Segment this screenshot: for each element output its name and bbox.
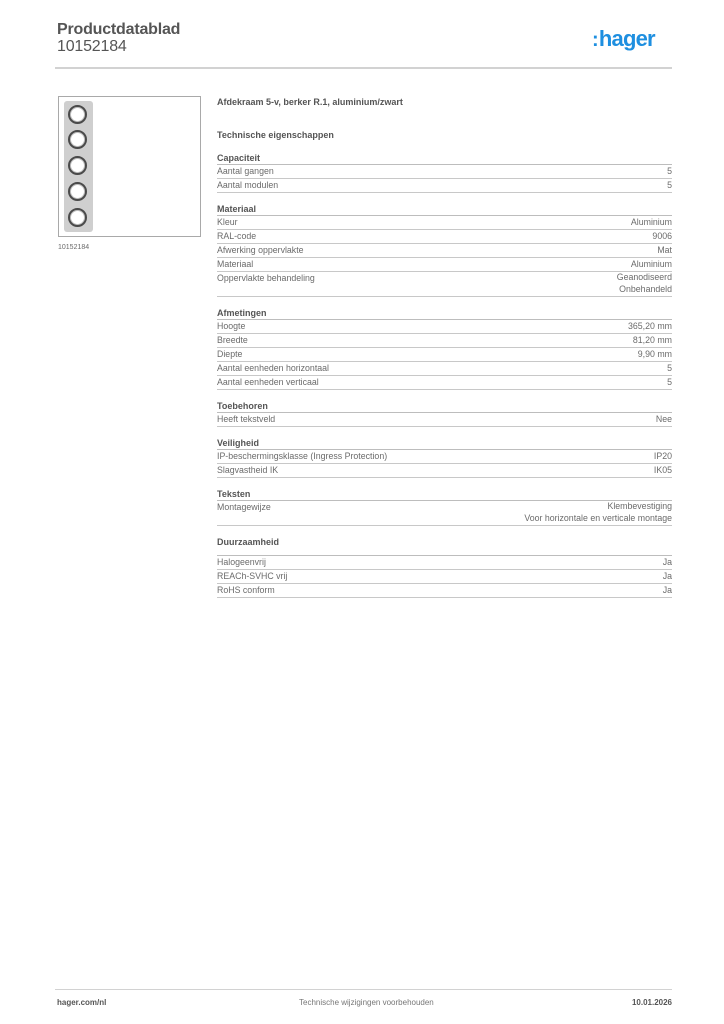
product-title: Afdekraam 5-v, berker R.1, aluminium/zwa… — [217, 95, 672, 109]
document-title: Productdatablad — [57, 21, 180, 39]
spec-row: Aantal eenheden horizontaal5 — [217, 362, 672, 376]
footer-website: hager.com/nl — [57, 998, 106, 1007]
spec-value: 5 — [667, 362, 672, 375]
section-title: Toebehoren — [217, 400, 672, 413]
spec-section: DuurzaamheidHalogeenvrijJaREACh-SVHC vri… — [217, 536, 672, 598]
spec-value-line: Geanodiseerd — [617, 272, 672, 284]
spec-row: Breedte81,20 mm — [217, 334, 672, 348]
spec-value: Ja — [663, 570, 672, 583]
spec-label: Heeft tekstveld — [217, 413, 275, 426]
spec-label: REACh-SVHC vrij — [217, 570, 287, 583]
spec-label: Diepte — [217, 348, 242, 361]
spec-row: Aantal eenheden verticaal5 — [217, 376, 672, 390]
spec-row: IP-beschermingsklasse (Ingress Protectio… — [217, 450, 672, 464]
spec-value-line: Voor horizontale en verticale montage — [524, 513, 672, 525]
spec-value: IP20 — [654, 450, 672, 463]
spec-value: 5 — [667, 179, 672, 192]
section-title: Capaciteit — [217, 152, 672, 165]
spec-label: Halogeenvrij — [217, 556, 266, 569]
spec-section: MateriaalKleurAluminiumRAL-code9006Afwer… — [217, 203, 672, 297]
spec-label: Afwerking oppervlakte — [217, 244, 304, 257]
spec-label: Hoogte — [217, 320, 245, 333]
frame-opening-icon — [68, 208, 87, 227]
spec-row: MateriaalAluminium — [217, 258, 672, 272]
spec-row: Oppervlakte behandelingGeanodiseerdOnbeh… — [217, 272, 672, 297]
image-caption: 10152184 — [58, 244, 89, 251]
spec-label: Montagewijze — [217, 501, 271, 524]
spec-value: Ja — [663, 556, 672, 569]
spec-value: KlembevestigingVoor horizontale en verti… — [524, 501, 672, 524]
section-title: Teksten — [217, 488, 672, 501]
footer-date: 10.01.2026 — [632, 998, 672, 1007]
spec-value-line: IP20 — [654, 450, 672, 463]
frame-opening-icon — [68, 156, 87, 175]
spec-sections: CapaciteitAantal gangen5Aantal modulen5M… — [217, 152, 672, 598]
spec-value-line: Mat — [657, 244, 672, 257]
spec-label: RoHS conform — [217, 584, 275, 597]
spec-value-line: Klembevestiging — [524, 501, 672, 513]
spec-value-line: Onbehandeld — [617, 284, 672, 296]
spec-row: Hoogte365,20 mm — [217, 320, 672, 334]
spec-row: Heeft tekstveldNee — [217, 413, 672, 427]
spec-value: Aluminium — [631, 216, 672, 229]
spec-value-line: 5 — [667, 179, 672, 192]
hager-logo: :hager — [592, 28, 655, 51]
logo-colon-icon: : — [592, 29, 598, 51]
spec-row: HalogeenvrijJa — [217, 556, 672, 570]
spec-value: 365,20 mm — [628, 320, 672, 333]
spec-section: ToebehorenHeeft tekstveldNee — [217, 400, 672, 427]
spec-value-line: Nee — [656, 413, 672, 426]
spec-value-line: Aluminium — [631, 258, 672, 271]
logo-text: hager — [599, 26, 655, 51]
spec-row: RoHS conformJa — [217, 584, 672, 598]
spec-value-line: Ja — [663, 584, 672, 597]
spec-section: CapaciteitAantal gangen5Aantal modulen5 — [217, 152, 672, 193]
spec-label: Aantal gangen — [217, 165, 274, 178]
spec-content: Afdekraam 5-v, berker R.1, aluminium/zwa… — [217, 95, 672, 598]
spec-row: Slagvastheid IKIK05 — [217, 464, 672, 478]
spec-row: KleurAluminium — [217, 216, 672, 230]
frame-opening-icon — [68, 105, 87, 124]
spec-row: MontagewijzeKlembevestigingVoor horizont… — [217, 501, 672, 526]
spec-value: 5 — [667, 376, 672, 389]
frame-opening-icon — [68, 182, 87, 201]
spec-value: GeanodiseerdOnbehandeld — [617, 272, 672, 295]
spec-label: Slagvastheid IK — [217, 464, 278, 477]
footer-divider — [55, 989, 672, 990]
spec-value: 9006 — [652, 230, 672, 243]
spec-row: Aantal gangen5 — [217, 165, 672, 179]
spec-value-line: 5 — [667, 165, 672, 178]
spec-label: Materiaal — [217, 258, 253, 271]
spec-row: Diepte9,90 mm — [217, 348, 672, 362]
section-title: Veiligheid — [217, 437, 672, 450]
spec-value-line: Ja — [663, 556, 672, 569]
spec-value-line: 9,90 mm — [638, 348, 672, 361]
spec-value-line: 365,20 mm — [628, 320, 672, 333]
spec-value: 81,20 mm — [633, 334, 672, 347]
spec-label: Breedte — [217, 334, 248, 347]
product-number: 10152184 — [57, 38, 127, 56]
spec-value-line: 9006 — [652, 230, 672, 243]
spec-value: IK05 — [654, 464, 672, 477]
spec-value: 5 — [667, 165, 672, 178]
frame-opening-icon — [68, 130, 87, 149]
spec-row: REACh-SVHC vrijJa — [217, 570, 672, 584]
spec-value-line: 5 — [667, 362, 672, 375]
spec-label: Aantal eenheden horizontaal — [217, 362, 329, 375]
spec-row: RAL-code9006 — [217, 230, 672, 244]
spec-label: Aantal eenheden verticaal — [217, 376, 319, 389]
technical-properties-title: Technische eigenschappen — [217, 128, 672, 142]
footer-disclaimer: Technische wijzigingen voorbehouden — [299, 998, 434, 1007]
spec-label: RAL-code — [217, 230, 256, 243]
spec-value-line: 5 — [667, 376, 672, 389]
spec-label: IP-beschermingsklasse (Ingress Protectio… — [217, 450, 387, 463]
spec-section: AfmetingenHoogte365,20 mmBreedte81,20 mm… — [217, 307, 672, 390]
spec-section: VeiligheidIP-beschermingsklasse (Ingress… — [217, 437, 672, 478]
spec-label: Kleur — [217, 216, 238, 229]
spec-value-line: Aluminium — [631, 216, 672, 229]
spec-row: Afwerking oppervlakteMat — [217, 244, 672, 258]
spec-value-line: Ja — [663, 570, 672, 583]
cover-frame-5-gang-icon — [64, 101, 93, 232]
spec-value-line: 81,20 mm — [633, 334, 672, 347]
spec-section: TekstenMontagewijzeKlembevestigingVoor h… — [217, 488, 672, 526]
section-title: Afmetingen — [217, 307, 672, 320]
section-title: Duurzaamheid — [217, 536, 672, 556]
spec-value: 9,90 mm — [638, 348, 672, 361]
header-divider — [55, 67, 672, 69]
spec-value: Ja — [663, 584, 672, 597]
spec-row: Aantal modulen5 — [217, 179, 672, 193]
section-title: Materiaal — [217, 203, 672, 216]
spec-value: Aluminium — [631, 258, 672, 271]
spec-value-line: IK05 — [654, 464, 672, 477]
spec-label: Aantal modulen — [217, 179, 278, 192]
spec-label: Oppervlakte behandeling — [217, 272, 315, 295]
spec-value: Mat — [657, 244, 672, 257]
spec-value: Nee — [656, 413, 672, 426]
product-image — [58, 96, 201, 237]
